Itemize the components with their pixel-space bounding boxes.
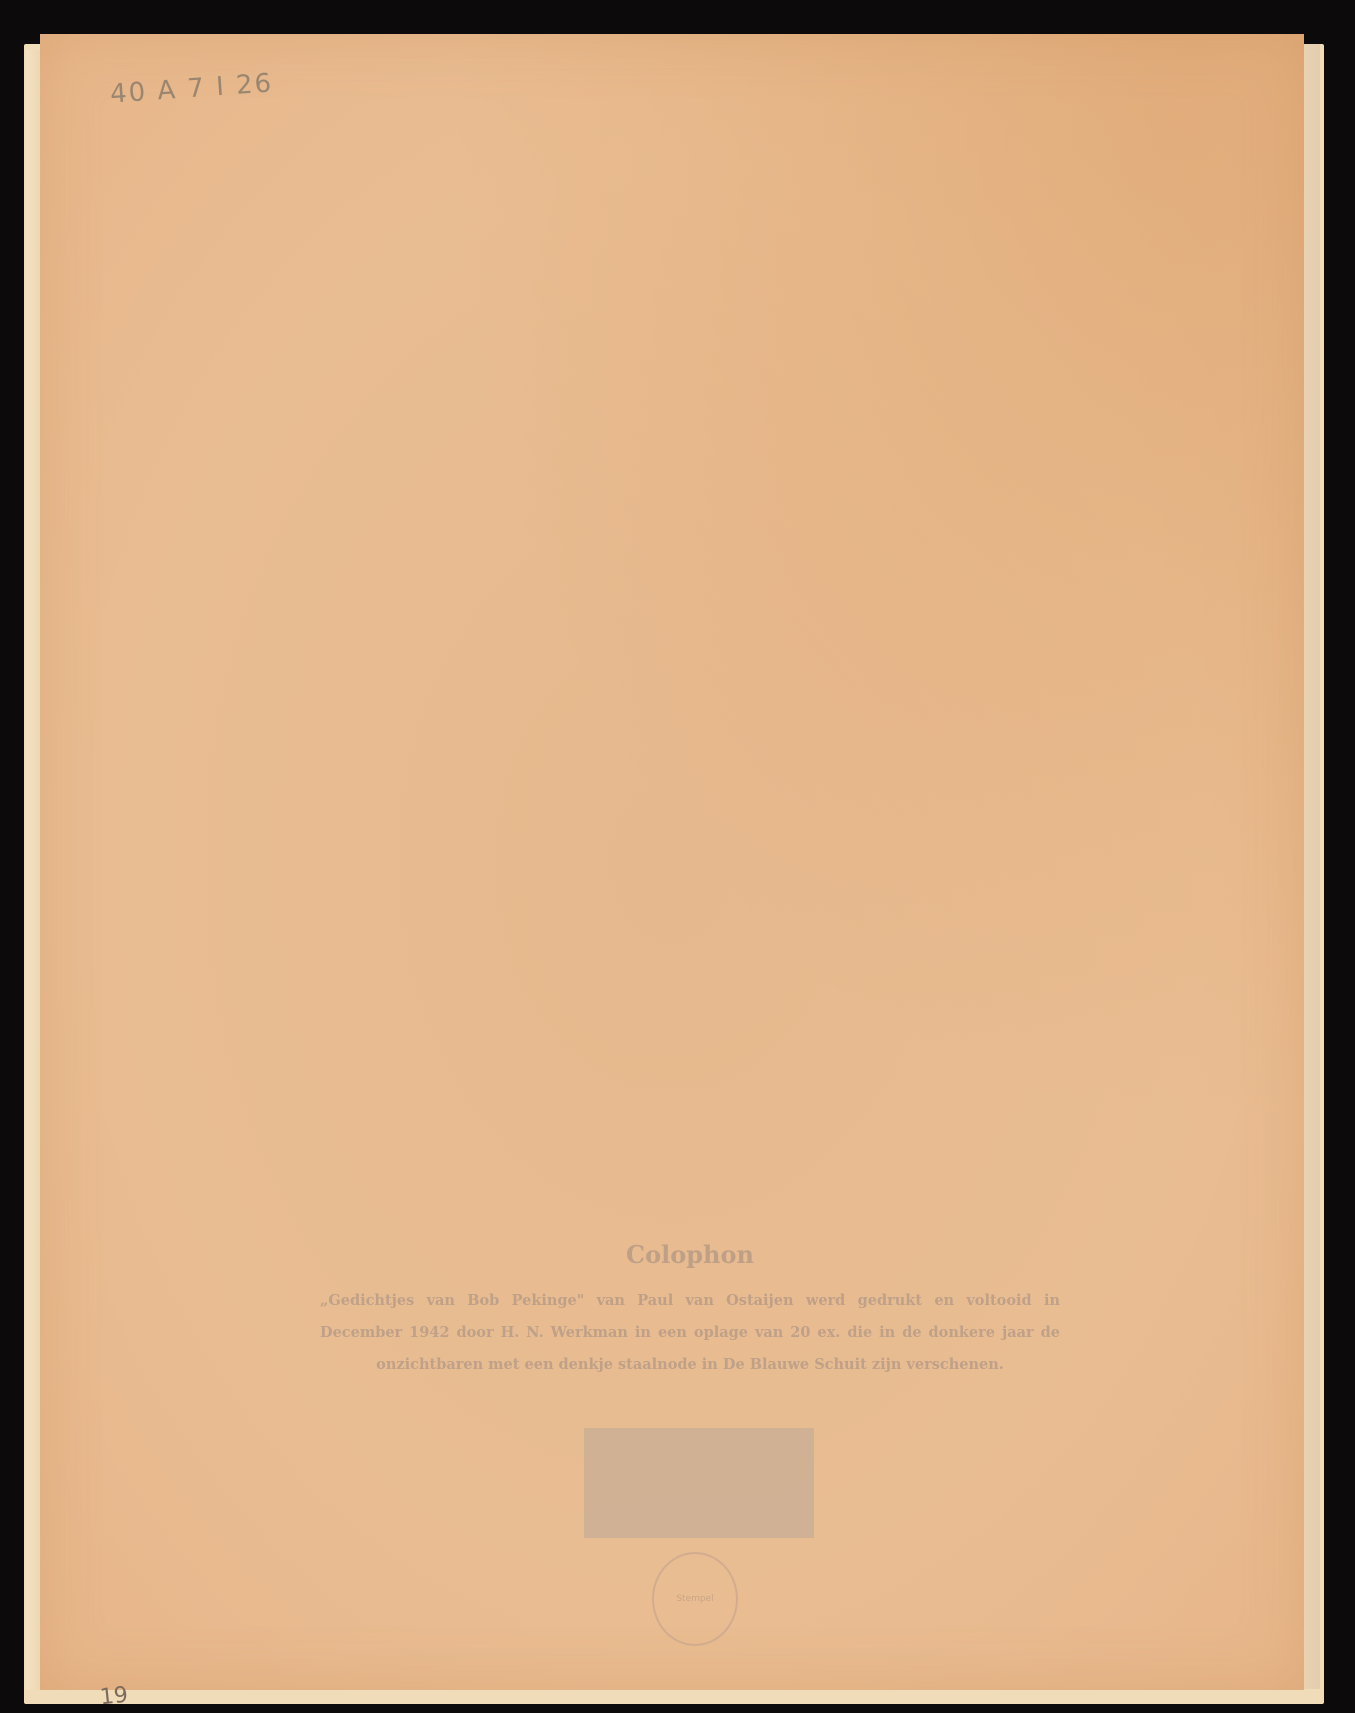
colophon: Colophon „Gedichtjes van Bob Pekinge" va…	[320, 1240, 1060, 1381]
printer-mark-image	[584, 1428, 814, 1538]
stamp-icon: Stempel	[652, 1552, 738, 1646]
stamp-text: Stempel	[676, 1594, 713, 1604]
pencil-page-number: 19	[99, 1683, 129, 1711]
colophon-text: „Gedichtjes van Bob Pekinge" van Paul va…	[320, 1285, 1060, 1381]
pencil-catalog-note: 40 A 7 I 26	[109, 68, 274, 109]
colophon-title: Colophon	[320, 1240, 1060, 1269]
